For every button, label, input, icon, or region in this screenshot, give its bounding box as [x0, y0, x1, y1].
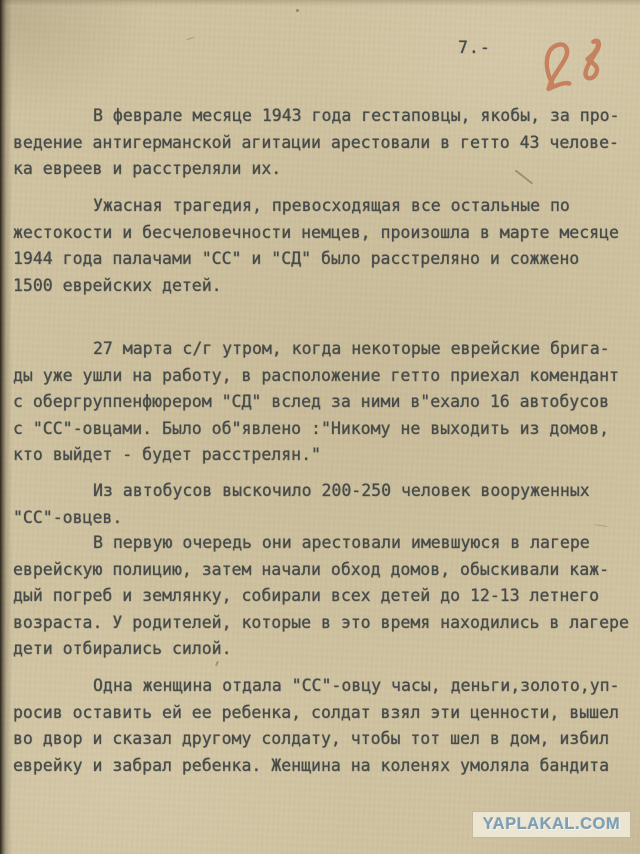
text-line: возраста. У родителей, которые в это вре… — [13, 610, 631, 637]
text-line: во двор и сказал другому солдату, чтобы … — [13, 726, 631, 753]
paragraph: Одна женщина отдала "СС"-овцу часы, день… — [13, 673, 631, 779]
scanned-document-page: 7.- В феврале месяце 1943 года гестаповц… — [0, 0, 640, 854]
text-line: Ужасная трагедия, превосходящая все оста… — [13, 193, 631, 220]
text-line: кто выйдет - будет расстрелян." — [13, 442, 631, 469]
text-line: В феврале месяце 1943 года гестаповцы, я… — [13, 103, 631, 130]
text-line: ка евреев и расстреляли их. — [13, 156, 631, 183]
watermark-label: YAPLAKAL.COM — [483, 815, 620, 834]
text-line: 27 марта с/г утром, когда некоторые евре… — [13, 336, 631, 363]
text-line: Из автобусов выскочило 200-250 человек в… — [13, 478, 631, 505]
text-line: ды уже ушли на работу, в расположение ге… — [13, 363, 631, 390]
document-text: В феврале месяце 1943 года гестаповцы, я… — [13, 0, 631, 854]
text-line: еврейскую полицию, затем начали обход до… — [13, 557, 631, 584]
text-line: В первую очередь они арестовали имевшуюс… — [13, 530, 631, 557]
text-line: еврейку и забрал ребенка. Женщина на кол… — [13, 753, 631, 780]
text-line: дый погреб и землянку, собирали всех дет… — [13, 583, 631, 610]
watermark-badge: YAPLAKAL.COM — [473, 812, 630, 837]
text-line: жестокости и бесчеловечности немцев, про… — [13, 220, 631, 247]
scan-edge-shadow — [0, 0, 14, 854]
text-line: 1944 года палачами "СС" и "СД" было расс… — [13, 246, 631, 273]
paragraph: Ужасная трагедия, превосходящая все оста… — [13, 193, 631, 299]
text-line: "СС"-овцев. — [13, 505, 631, 532]
text-line: с "СС"-овцами. Было об"явлено :"Никому н… — [13, 416, 631, 443]
text-line: Одна женщина отдала "СС"-овцу часы, день… — [13, 673, 631, 700]
text-line: 1500 еврейских детей. — [13, 273, 631, 300]
paper-speck — [296, 9, 299, 12]
text-line: ведение антигерманской агитации арестова… — [13, 130, 631, 157]
text-line: с обергруппенфюрером "СД" вслед за ними … — [13, 389, 631, 416]
paragraph: 27 марта с/г утром, когда некоторые евре… — [13, 336, 631, 469]
text-line: росив оставить ей ее ребенка, солдат взя… — [13, 700, 631, 727]
paragraph: В феврале месяце 1943 года гестаповцы, я… — [13, 103, 631, 183]
paragraph: Из автобусов выскочило 200-250 человек в… — [13, 478, 631, 531]
paragraph: В первую очередь они арестовали имевшуюс… — [13, 530, 631, 663]
text-line: дети отбирались силой. — [13, 636, 631, 663]
